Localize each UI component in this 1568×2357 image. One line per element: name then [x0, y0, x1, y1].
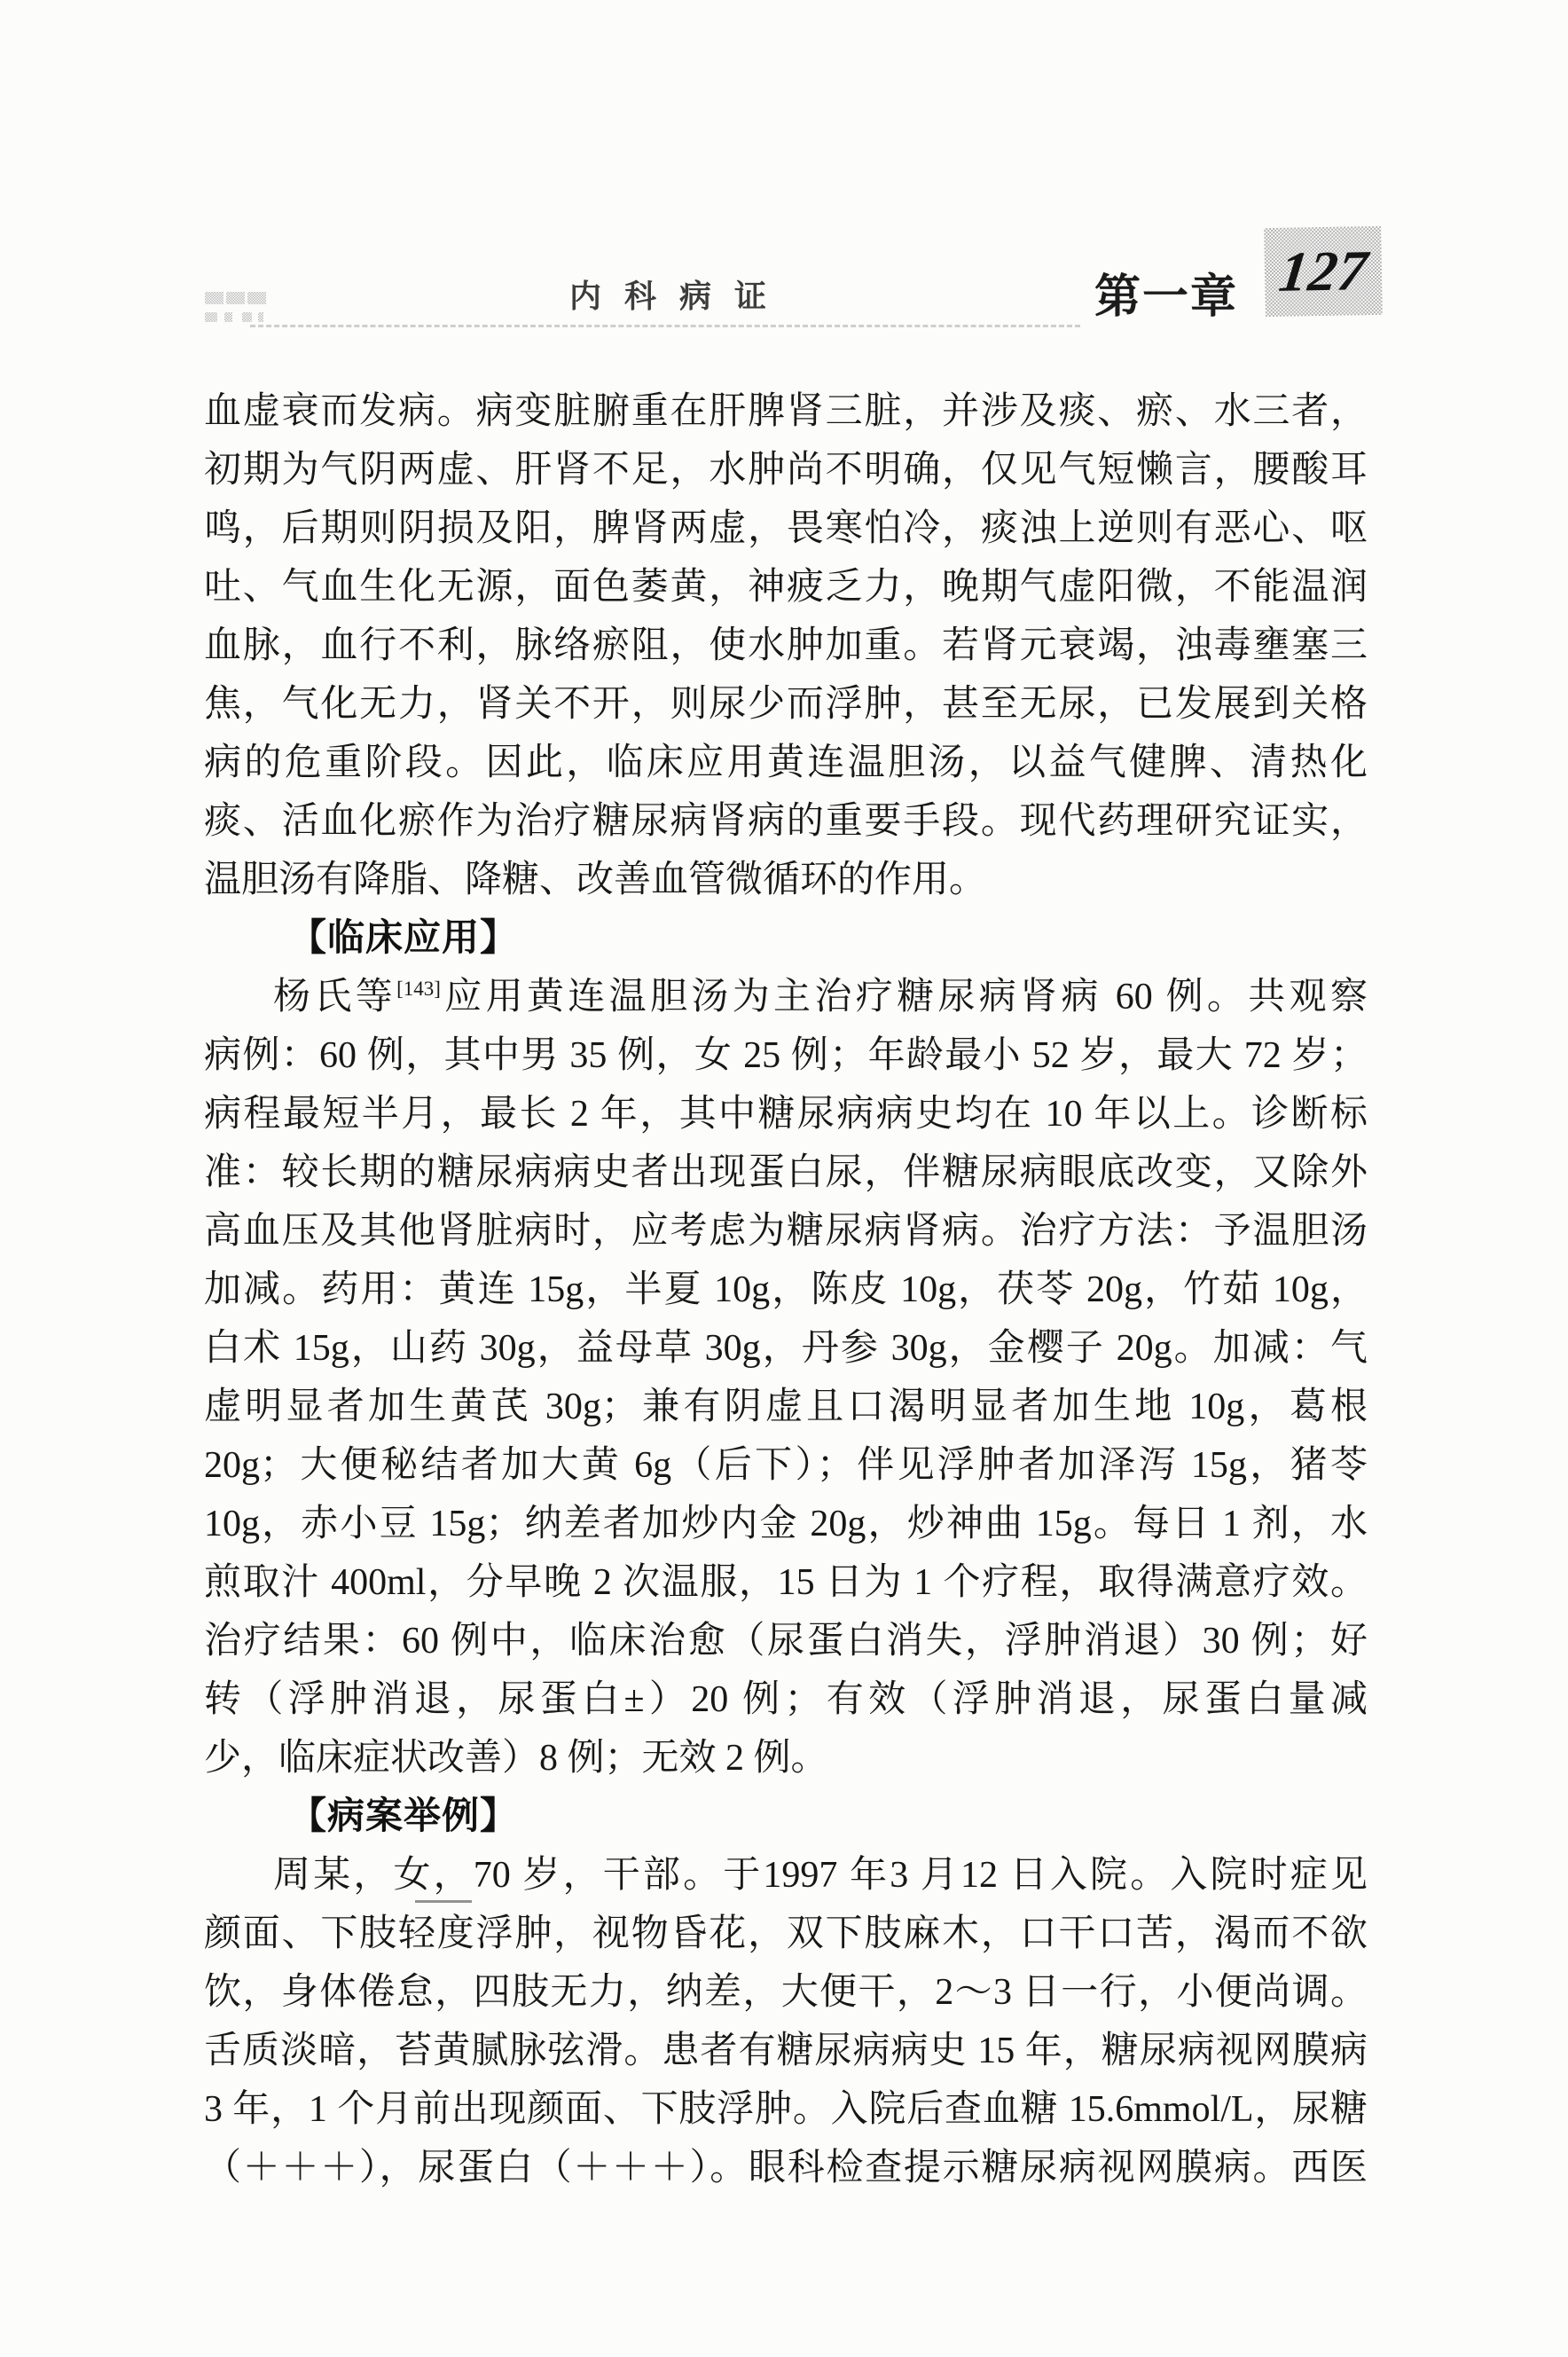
- text-line: 舌质淡暗，苔黄腻脉弦滑。患者有糖尿病病史 15 年，糖尿病视网膜病: [204, 2022, 1368, 2080]
- text-line: 饮，身体倦怠，四肢无力，纳差，大便干，2～3 日一行，小便尚调。: [204, 1963, 1368, 2022]
- chapter-label: 第一章: [1094, 275, 1238, 321]
- text-line: 初期为气阴两虚、肝肾不足，水肿尚不明确，仅见气短懒言，腰酸耳: [204, 441, 1368, 499]
- text-line: 焦，气化无力，肾关不开，则尿少而浮肿，甚至无尿，已发展到关格: [204, 675, 1368, 734]
- text-line: 煎取汁 400ml，分早晚 2 次温服，15 日为 1 个疗程，取得满意疗效。: [204, 1553, 1368, 1612]
- page-number-halftone-box: 127: [1264, 226, 1383, 317]
- stamp-block: [205, 292, 223, 304]
- text-line: 高血压及其他肾脏病时，应考虑为糖尿病肾病。治疗方法：予温胆汤: [204, 1202, 1368, 1261]
- stamp-block: [205, 312, 217, 322]
- stamp-block: [258, 312, 263, 322]
- text-line: （＋＋＋），尿蛋白（＋＋＋）。眼科检查提示糖尿病视网膜病。西医: [204, 2139, 1368, 2197]
- stamp-block: [226, 292, 245, 304]
- section-heading: 【临床应用】: [204, 909, 1368, 968]
- text-line: 加减。药用：黄连 15g，半夏 10g，陈皮 10g，茯苓 20g，竹茹 10g…: [204, 1261, 1368, 1319]
- text-line: 转（浮肿消退，尿蛋白±）20 例；有效（浮肿消退，尿蛋白量减: [204, 1670, 1368, 1729]
- text-line: 颜面、下肢轻度浮肿，视物昏花，双下肢麻木，口干口苦，渴而不欲: [204, 1905, 1368, 1963]
- text-line: 病例：60 例，其中男 35 例，女 25 例；年龄最小 52 岁，最大 72 …: [204, 1026, 1368, 1085]
- text-line: 周某，女，70 岁，干部。于1997 年3 月12 日入院。入院时症见: [204, 1846, 1368, 1905]
- text-segment: 杨氏等: [273, 977, 396, 1017]
- text-line: 虚明显者加生黄芪 30g；兼有阴虚且口渴明显者加生地 10g，葛根: [204, 1378, 1368, 1436]
- book-page: 内科病证 第一章 127 血虚衰而发病。病变脏腑重在肝脾肾三脏，并涉及痰、瘀、水…: [0, 0, 1568, 2357]
- text-segment: 应用黄连温胆汤为主治疗糖尿病肾病 60 例。共观察: [441, 977, 1368, 1017]
- text-line: 3 年，1 个月前出现颜面、下肢浮肿。入院后查血糖 15.6mmol/L，尿糖: [204, 2080, 1368, 2139]
- text-line: 温胆汤有降脂、降糖、改善血管微循环的作用。: [204, 851, 1368, 909]
- text-line: 10g，赤小豆 15g；纳差者加炒内金 20g，炒神曲 15g。每日 1 剂，水: [204, 1495, 1368, 1553]
- body-text: 血虚衰而发病。病变脏腑重在肝脾肾三脏，并涉及痰、瘀、水三者，初期为气阴两虚、肝肾…: [204, 382, 1368, 2197]
- text-line: 病的危重阶段。因此，临床应用黄连温胆汤，以益气健脾、清热化: [204, 734, 1368, 792]
- text-line: 病程最短半月，最长 2 年，其中糖尿病病史均在 10 年以上。诊断标: [204, 1085, 1368, 1143]
- page-number: 127: [1276, 242, 1371, 301]
- text-line: 20g；大便秘结者加大黄 6g（后下）；伴见浮肿者加泽泻 15g，猪苓: [204, 1436, 1368, 1495]
- section-heading: 【病案举例】: [204, 1787, 1368, 1846]
- text-line: 少，临床症状改善）8 例；无效 2 例。: [204, 1729, 1368, 1787]
- text-line: 准：较长期的糖尿病病史者出现蛋白尿，伴糖尿病眼底改变，又除外: [204, 1143, 1368, 1202]
- citation-reference: [143]: [396, 978, 441, 1000]
- text-line: 白术 15g，山药 30g，益母草 30g，丹参 30g，金樱子 20g。加减：…: [204, 1319, 1368, 1378]
- text-line: 血脉，血行不利，脉络瘀阻，使水肿加重。若肾元衰竭，浊毒壅塞三: [204, 617, 1368, 675]
- stamp-block: [242, 312, 252, 322]
- text-line: 血虚衰而发病。病变脏腑重在肝脾肾三脏，并涉及痰、瘀、水三者，: [204, 382, 1368, 441]
- margin-stamp: [205, 292, 276, 326]
- text-line: 痰、活血化瘀作为治疗糖尿病肾病的重要手段。现代药理研究证实，: [204, 792, 1368, 851]
- scan-artifact: [415, 1900, 472, 1903]
- text-line: 治疗结果：60 例中，临床治愈（尿蛋白消失，浮肿消退）30 例；好: [204, 1612, 1368, 1670]
- text-line: 鸣，后期则阴损及阳，脾肾两虚，畏寒怕冷，痰浊上逆则有恶心、呕: [204, 499, 1368, 558]
- text-line: 杨氏等[143]应用黄连温胆汤为主治疗糖尿病肾病 60 例。共观察: [204, 968, 1368, 1026]
- text-line: 吐、气血生化无源，面色萎黄，神疲乏力，晚期气虚阳微，不能温润: [204, 558, 1368, 617]
- header-rule: [250, 325, 1080, 327]
- stamp-block: [247, 292, 266, 304]
- stamp-block: [224, 312, 232, 322]
- running-title: 内科病证: [569, 280, 789, 312]
